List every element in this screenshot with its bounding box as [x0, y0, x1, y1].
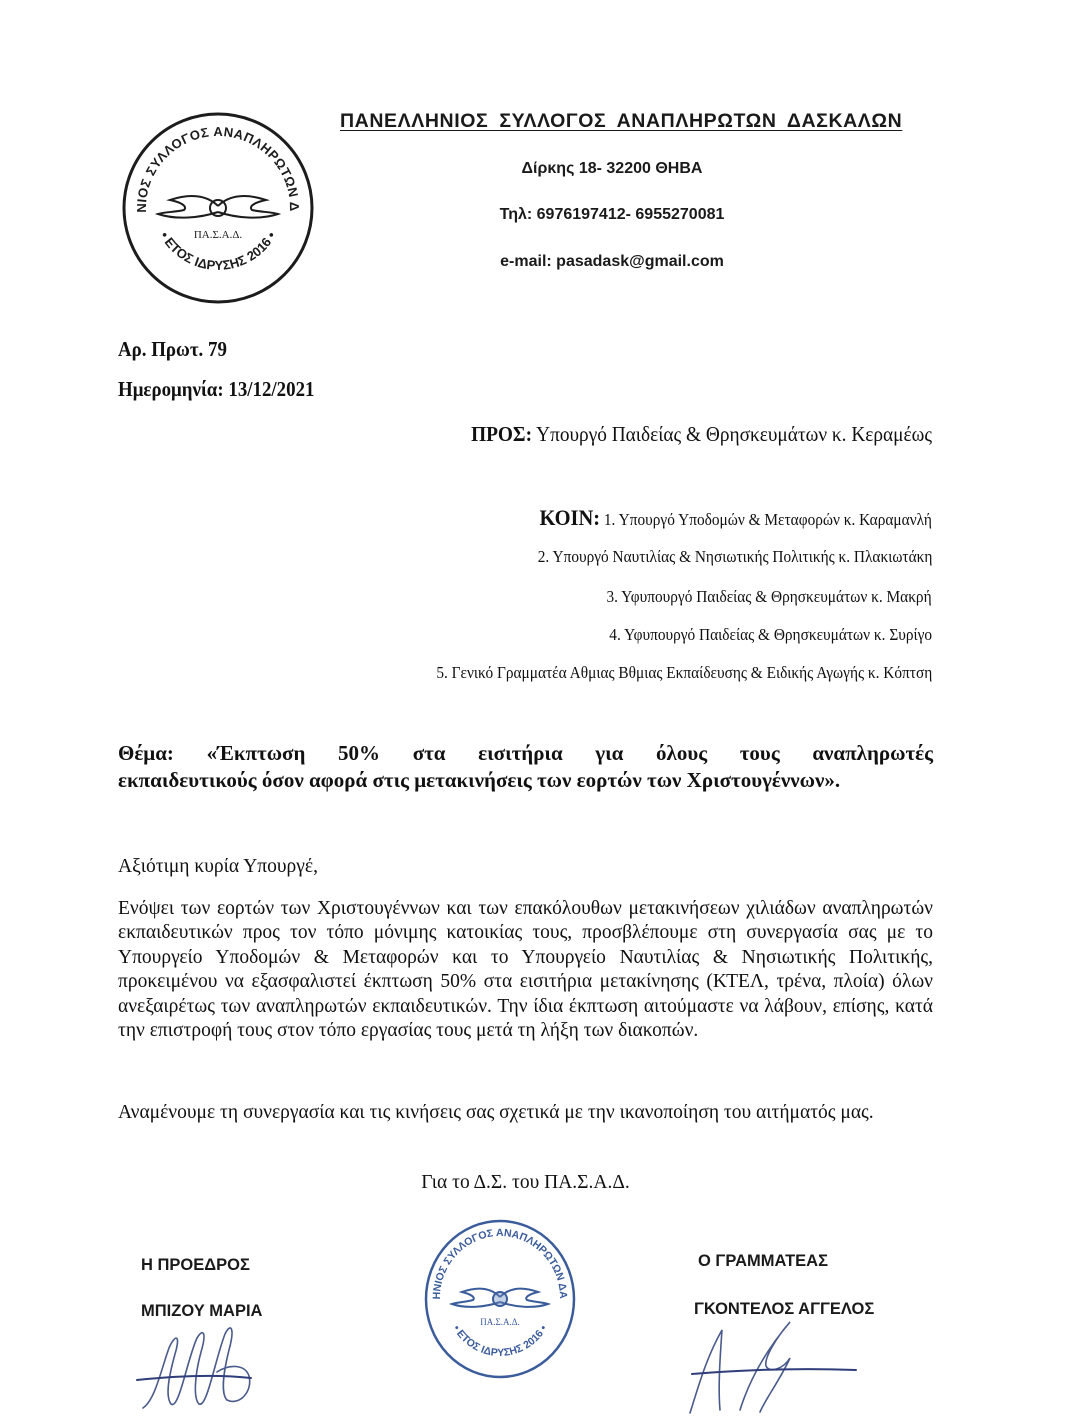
subject-line-1: Θέμα: «Έκπτωση 50% στα εισιτήρια για όλο…: [118, 740, 933, 767]
body-paragraph: Αναμένουμε τη συνεργασία και τις κινήσει…: [118, 1101, 933, 1125]
organization-email[interactable]: e-mail: pasadask@gmail.com: [332, 253, 892, 271]
document-date: Ημερομηνία: 13/12/2021: [118, 377, 314, 402]
secretary-title: Ο ΓΡΑΜΜΑΤΕΑΣ: [698, 1252, 828, 1271]
svg-text:ΠΑΝΕΛΛΗΝΙΟΣ ΣΥΛΛΟΓΟΣ ΑΝΑΠΛΗΡΩΤ: ΠΑΝΕΛΛΗΝΙΟΣ ΣΥΛΛΟΓΟΣ ΑΝΑΠΛΗΡΩΤΩΝ ΔΑΣΚΑΛΩ…: [418, 1213, 569, 1300]
president-name: ΜΠΙΖΟΥ ΜΑΡΙΑ: [141, 1302, 262, 1321]
svg-text:ΠΑ.Σ.Α.Δ.: ΠΑ.Σ.Α.Δ.: [480, 1317, 520, 1327]
subject-line-2: εκπαιδευτικούς όσον αφορά στις μετακινήσ…: [118, 767, 933, 794]
svg-text:ΠΑ.Σ.Α.Δ.: ΠΑ.Σ.Α.Δ.: [194, 229, 243, 241]
organization-name: ΠΑΝΕΛΛΗΝΙΟΣ ΣΥΛΛΟΓΟΣ ΑΝΑΠΛΗΡΩΤΩΝ ΔΑΣΚΑΛΩ…: [340, 110, 900, 133]
cc-label: ΚΟΙΝ:: [540, 505, 601, 530]
subject: Θέμα: «Έκπτωση 50% στα εισιτήρια για όλο…: [118, 740, 933, 794]
president-signature: [135, 1320, 265, 1415]
body-paragraph: Ενόψει των εορτών των Χριστουγέννων και …: [118, 897, 933, 1043]
signoff: Για το Δ.Σ. του ΠΑ.Σ.Α.Δ.: [118, 1172, 933, 1194]
recipient-label: ΠΡΟΣ:: [471, 422, 532, 446]
svg-text:ΠΑΝΕΛΛΗΝΙΟΣ ΣΥΛΛΟΓΟΣ ΑΝΑΠΛΗΡΩΤ: ΠΑΝΕΛΛΗΝΙΟΣ ΣΥΛΛΟΓΟΣ ΑΝΑΠΛΗΡΩΤΩΝ ΔΑΣΚΑΛΩ…: [118, 108, 302, 213]
cc-item: 4. Υφυπουργό Παιδείας & Θρησκευμάτων κ. …: [609, 625, 932, 645]
official-stamp: ΠΑΝΕΛΛΗΝΙΟΣ ΣΥΛΛΟΓΟΣ ΑΝΑΠΛΗΡΩΤΩΝ ΔΑΣΚΑΛΩ…: [418, 1213, 583, 1388]
recipient-text: Υπουργό Παιδείας & Θρησκευμάτων κ. Κεραμ…: [532, 422, 932, 446]
cc-item-text: 1. Υπουργό Υποδομών & Μεταφορών κ. Καραμ…: [600, 510, 932, 529]
salutation: Αξιότιμη κυρία Υπουργέ,: [118, 856, 318, 878]
cc-item: ΚΟΙΝ: 1. Υπουργό Υποδομών & Μεταφορών κ.…: [540, 505, 932, 531]
president-title: Η ΠΡΟΕΔΡΟΣ: [141, 1256, 250, 1275]
recipient-line: ΠΡΟΣ: Υπουργό Παιδείας & Θρησκευμάτων κ.…: [471, 422, 932, 447]
svg-text:• ΕΤΟΣ ΙΔΡΥΣΗΣ 2016 •: • ΕΤΟΣ ΙΔΡΥΣΗΣ 2016 •: [450, 1323, 550, 1359]
secretary-signature: [680, 1318, 870, 1418]
association-seal-logo: ΠΑΝΕΛΛΗΝΙΟΣ ΣΥΛΛΟΓΟΣ ΑΝΑΠΛΗΡΩΤΩΝ ΔΑΣΚΑΛΩ…: [118, 108, 318, 308]
organization-phone: Τηλ: 6976197412- 6955270081: [332, 206, 892, 224]
association-seal-icon: ΠΑΝΕΛΛΗΝΙΟΣ ΣΥΛΛΟΓΟΣ ΑΝΑΠΛΗΡΩΤΩΝ ΔΑΣΚΑΛΩ…: [118, 108, 318, 308]
organization-address: Δίρκης 18- 32200 ΘΗΒΑ: [332, 160, 892, 178]
official-stamp-icon: ΠΑΝΕΛΛΗΝΙΟΣ ΣΥΛΛΟΓΟΣ ΑΝΑΠΛΗΡΩΤΩΝ ΔΑΣΚΑΛΩ…: [418, 1213, 583, 1388]
handwritten-signature-icon: [680, 1318, 870, 1418]
handwritten-signature-icon: [135, 1320, 265, 1415]
cc-item: 5. Γενικό Γραμματέα Αθμιας Βθμιας Εκπαίδ…: [436, 663, 932, 683]
cc-item: 2. Υπουργό Ναυτιλίας & Νησιωτικής Πολιτι…: [537, 547, 932, 567]
protocol-number: Αρ. Πρωτ. 79: [118, 337, 227, 362]
cc-item: 3. Υφυπουργό Παιδείας & Θρησκευμάτων κ. …: [607, 587, 932, 607]
secretary-name: ΓΚΟΝΤΕΛΟΣ ΑΓΓΕΛΟΣ: [694, 1300, 874, 1319]
